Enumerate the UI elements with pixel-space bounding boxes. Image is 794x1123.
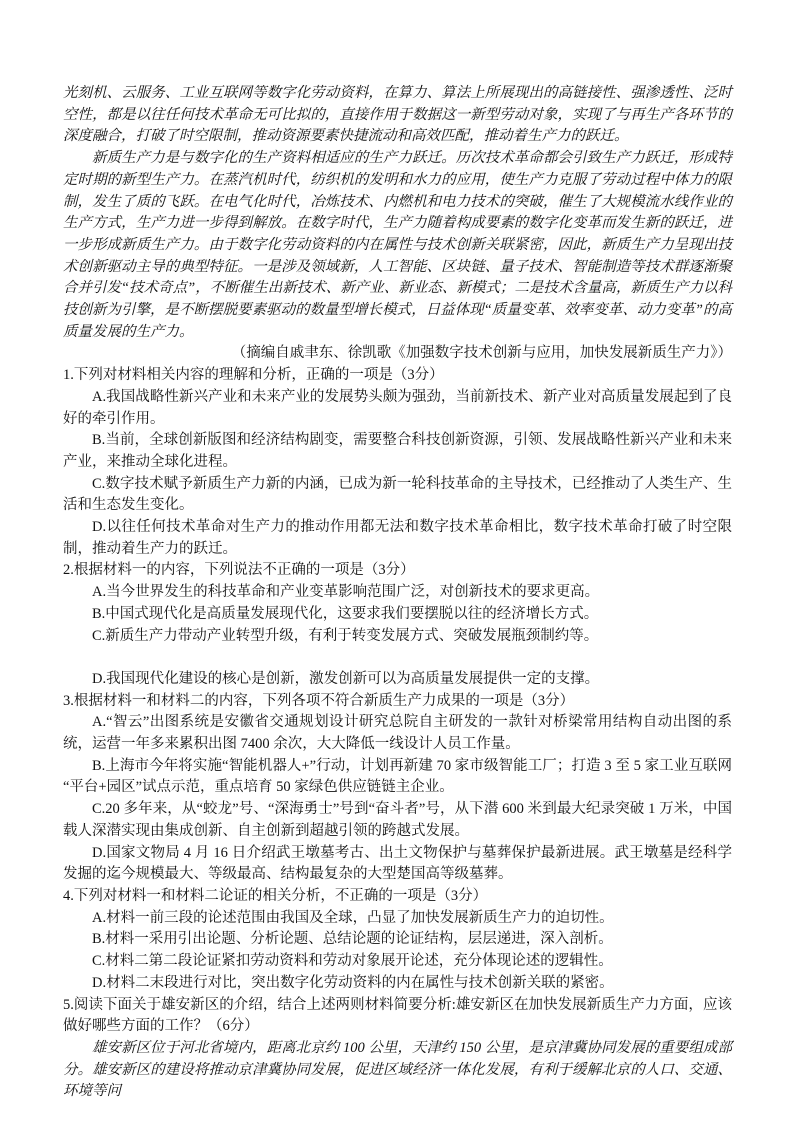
question-2-option-d: D.我国现代化建设的核心是创新，激发创新可以为高质量发展提供一定的支撑。 bbox=[63, 669, 732, 691]
source-attribution: （摘编自戚聿东、徐凯歌《加强数字技术创新与应用，加快发展新质生产力》） bbox=[63, 343, 732, 365]
question-1-option-b: B.当前，全球创新版图和经济结构剧变，需要整合科技创新资源，引领、发展战略性新兴… bbox=[63, 430, 732, 473]
question-4-option-c: C.材料二第二段论证紧扣劳动资料和劳动对象展开论述，充分体现论述的逻辑性。 bbox=[63, 951, 732, 973]
question-3-stem: 3.根据材料一和材料二的内容，下列各项不符合新质生产力成果的一项是（3分） bbox=[63, 691, 732, 713]
blank-line bbox=[63, 647, 732, 669]
question-1-stem: 1.下列对材料相关内容的理解和分析，正确的一项是（3分） bbox=[63, 365, 732, 387]
question-1-option-c: C.数字技术赋予新质生产力新的内涵，已成为新一轮科技革命的主导技术，已经推动了人… bbox=[63, 474, 732, 517]
question-1-option-a: A.我国战略性新兴产业和未来产业的发展势头颇为强劲，当前新技术、新产业对高质量发… bbox=[63, 387, 732, 430]
question-3-option-c: C.20 多年来，从“蛟龙”号、“深海勇士”号到“奋斗者”号，从下潜 600 米… bbox=[63, 799, 732, 842]
question-5-stem: 5.阅读下面关于雄安新区的介绍，结合上述两则材料简要分析:雄安新区在加快发展新质… bbox=[63, 995, 732, 1038]
question-4-option-a: A.材料一前三段的论述范围由我国及全球，凸显了加快发展新质生产力的迫切性。 bbox=[63, 908, 732, 930]
material-one-paragraph-2: 新质生产力是与数字化的生产资料相适应的生产力跃迁。历次技术革命都会引致生产力跃迁… bbox=[63, 148, 732, 343]
question-2-option-c: C.新质生产力带动产业转型升级，有利于转变发展方式、突破发展瓶颈制约等。 bbox=[63, 626, 732, 648]
question-4-option-d: D.材料二末段进行对比，突出数字化劳动资料的内在属性与技术创新关联的紧密。 bbox=[63, 973, 732, 995]
question-3-option-a: A.“智云”出图系统是安徽省交通规划设计研究总院自主研发的一款针对桥梁常用结构自… bbox=[63, 712, 732, 755]
question-1-option-d: D.以往任何技术革命对生产力的推动作用都无法和数字技术革命相比，数字技术革命打破… bbox=[63, 517, 732, 560]
question-3-option-b: B.上海市今年将实施“智能机器人+”行动，计划再新建 70 家市级智能工厂；打造… bbox=[63, 756, 732, 799]
question-2-option-b: B.中国式现代化是高质量发展现代化，这要求我们要摆脱以往的经济增长方式。 bbox=[63, 604, 732, 626]
question-2-option-a: A.当今世界发生的科技革命和产业变革影响范围广泛，对创新技术的要求更高。 bbox=[63, 582, 732, 604]
question-4-option-b: B.材料一采用引出论题、分析论题、总结论题的论证结构，层层递进，深入剖析。 bbox=[63, 929, 732, 951]
question-3-option-d: D.国家文物局 4 月 16 日介绍武王墩墓考古、出土文物保护与墓葬保护最新进展… bbox=[63, 843, 732, 886]
question-2-stem: 2.根据材料一的内容，下列说法不正确的一项是（3分） bbox=[63, 560, 732, 582]
xiongan-intro-paragraph: 雄安新区位于河北省境内，距离北京约 100 公里，天津约 150 公里，是京津冀… bbox=[63, 1038, 732, 1103]
page-content: 光刻机、云服务、工业互联网等数字化劳动资料，在算力、算法上所展现出的高链接性、强… bbox=[63, 83, 732, 1103]
material-one-paragraph-continuation: 光刻机、云服务、工业互联网等数字化劳动资料，在算力、算法上所展现出的高链接性、强… bbox=[63, 83, 732, 148]
question-4-stem: 4.下列对材料一和材料二论证的相关分析，不正确的一项是（3分） bbox=[63, 886, 732, 908]
exam-page: 光刻机、云服务、工业互联网等数字化劳动资料，在算力、算法上所展现出的高链接性、强… bbox=[0, 0, 794, 1123]
